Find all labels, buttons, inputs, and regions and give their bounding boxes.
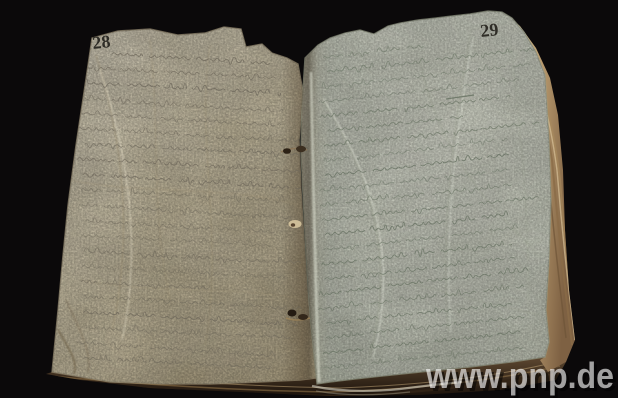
watermark: www.pnp.de www.pnp.de [425,355,617,398]
stitch-loop [289,220,302,228]
notebook-photo: 28 29 www.pnp.de www.pnp.de [0,0,618,398]
page-number-29: 29 [479,19,499,41]
paper-grain-left [52,27,316,384]
watermark-text: www.pnp.de [425,355,614,396]
stitch-knot [296,146,306,152]
photo-canvas: 28 29 www.pnp.de www.pnp.de [0,0,618,398]
page-number-28: 28 [91,31,111,53]
stitch-knot [288,310,297,317]
stitch-knot [283,148,291,154]
gutter-shadow [281,34,331,386]
stitch-knot [298,314,308,320]
stitch-knot [291,223,295,227]
